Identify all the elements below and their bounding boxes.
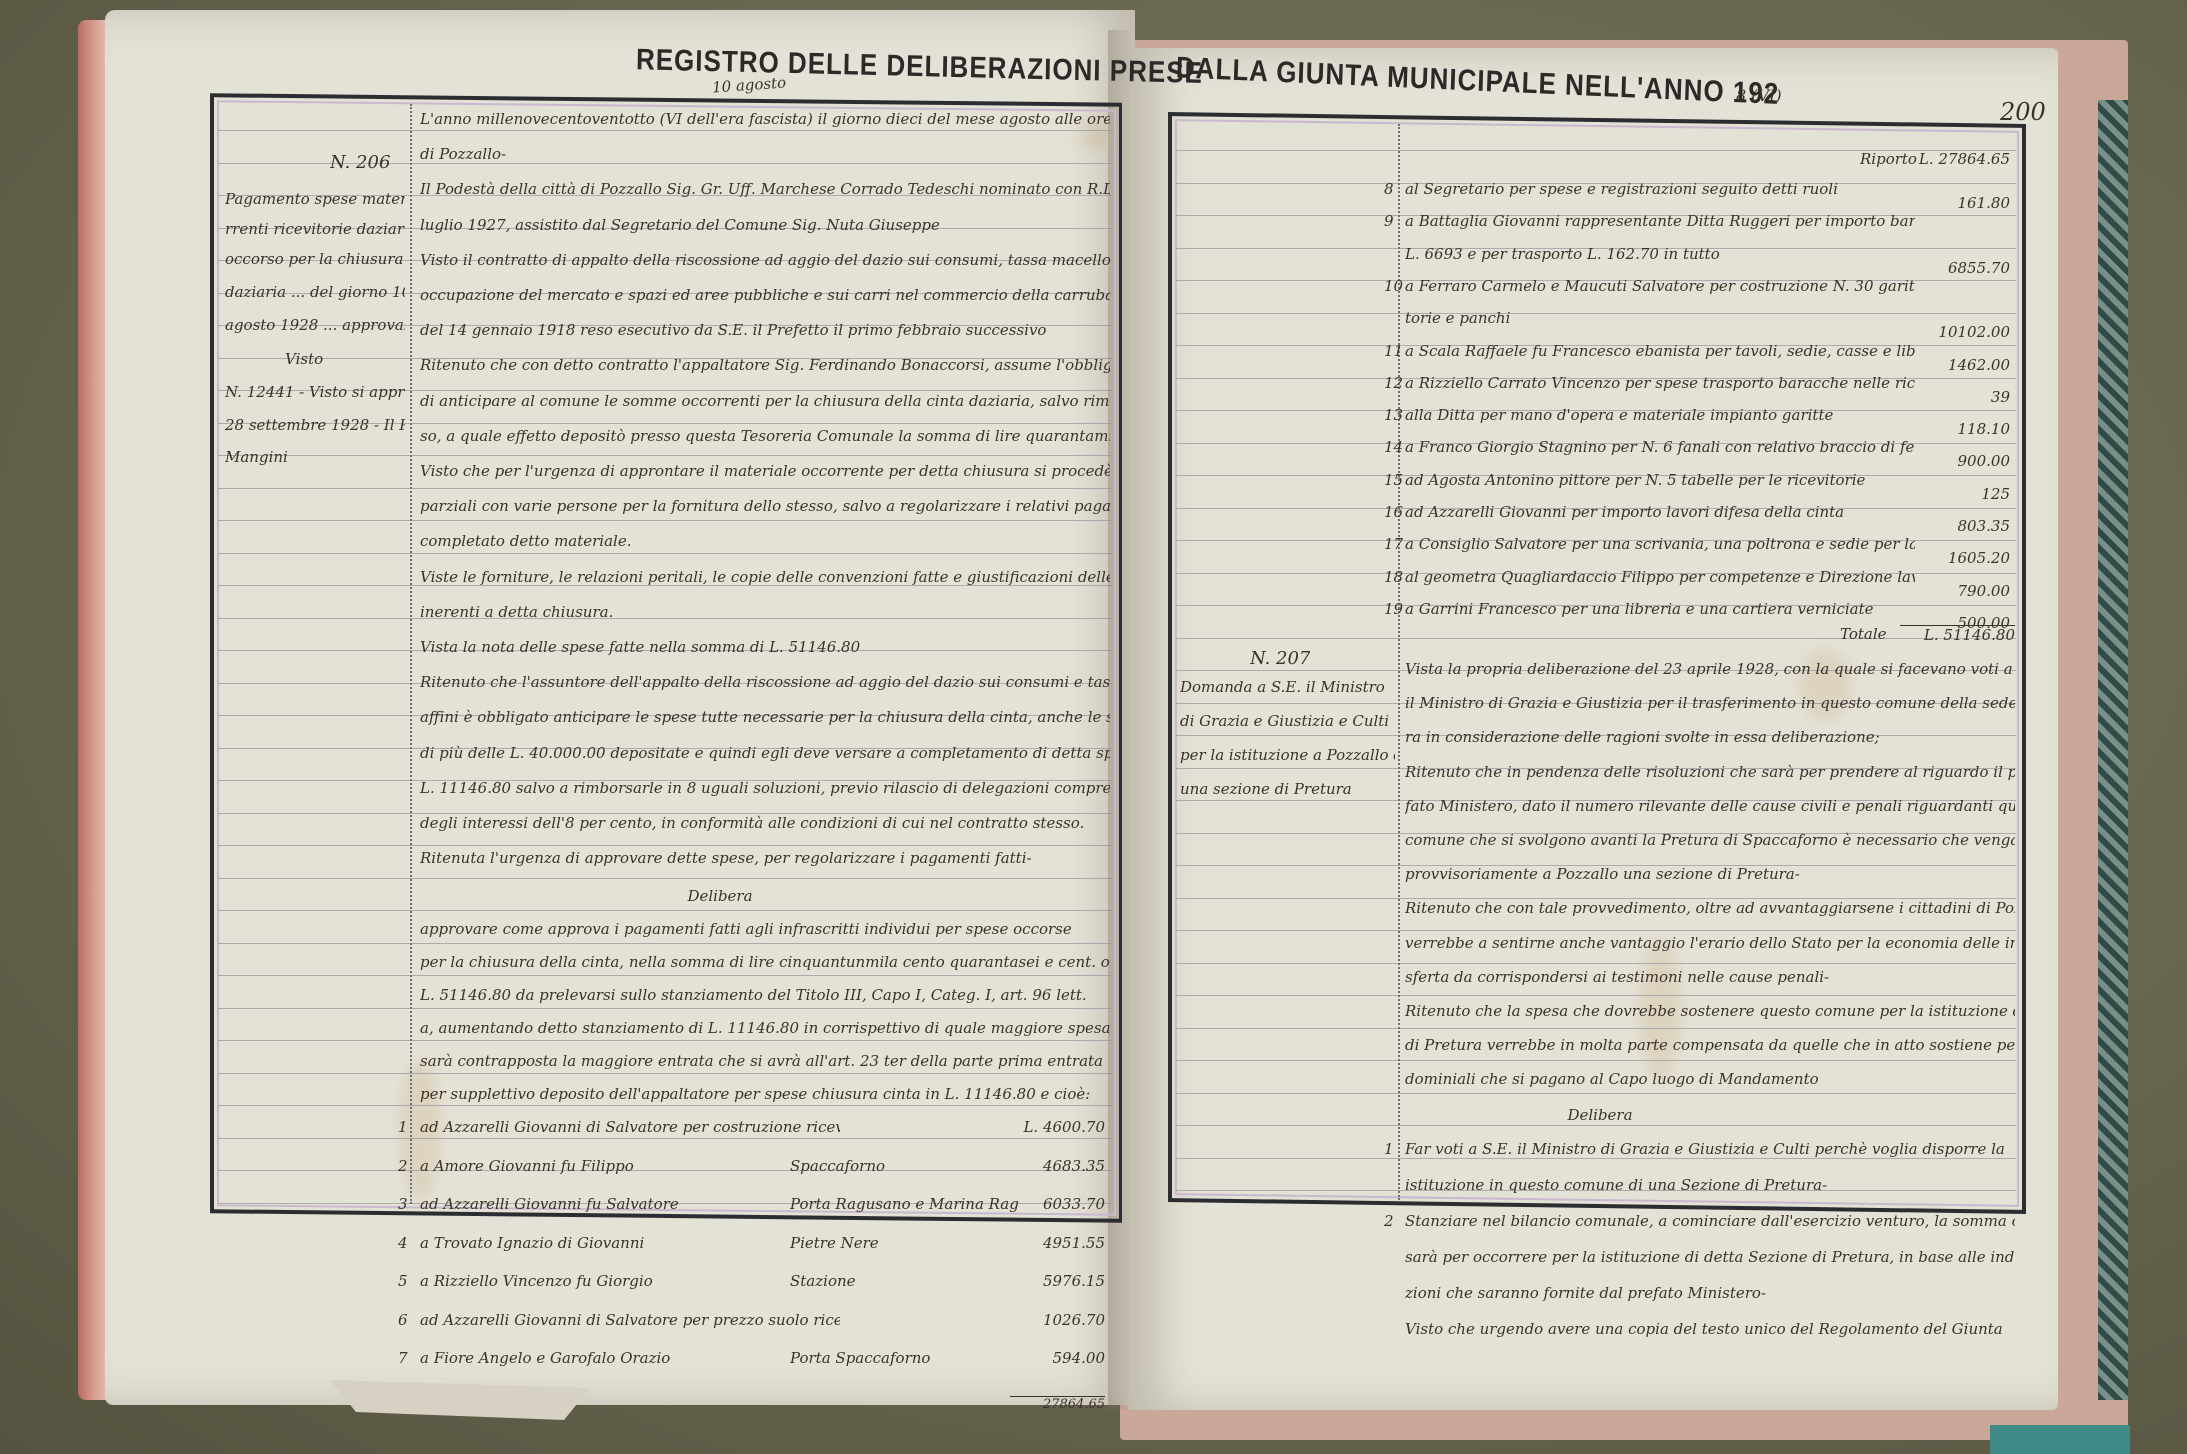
payment-payee: ad Azzarelli Giovanni di Salvatore per p… — [420, 1311, 840, 1329]
payment-place: Stazione — [790, 1272, 1020, 1290]
ruled-line — [218, 1008, 1113, 1009]
payment-place: Porta Ragusano e Marina Ragusano — [790, 1195, 1020, 1213]
payment-amount: 803.35 — [1915, 517, 2010, 535]
ruled-line — [1176, 1060, 2016, 1061]
payment-description: a Rizziello Carrato Vincenzo per spese t… — [1405, 374, 1915, 392]
payment-description: al Segretario per spese e registrazioni … — [1405, 180, 1915, 198]
body-line: L'anno millenovecentoventotto (VI dell'e… — [420, 110, 1110, 128]
approval-line: Mangini — [225, 448, 405, 466]
payment-amount: 39 — [1915, 388, 2010, 406]
payment-amount: 118.10 — [1915, 420, 2010, 438]
payment-number: 2 — [398, 1157, 410, 1175]
left-subtotal: 27864.65 — [1010, 1396, 1105, 1412]
year-suffix: 8 (VI) — [1736, 86, 1782, 105]
body-line: sferta da corrispondersi ai testimoni ne… — [1405, 968, 2015, 986]
delibera-heading-left: Delibera — [620, 887, 820, 905]
entry-207-summary: una sezione di Pretura — [1180, 780, 1395, 798]
ruled-line — [1176, 638, 2016, 639]
payment-description: a Consiglio Salvatore per una scrivania,… — [1405, 535, 1915, 553]
payment-number: 12 — [1384, 374, 1398, 392]
ruled-line — [1176, 1028, 2016, 1029]
body-line: verrebbe a sentirne anche vantaggio l'er… — [1405, 934, 2015, 952]
body-line: Il Podestà della città di Pozzallo Sig. … — [420, 180, 1110, 198]
body-line: parziali con varie persone per la fornit… — [420, 497, 1110, 515]
payment-number: 19 — [1384, 600, 1398, 618]
payment-amount: 1026.70 — [1005, 1311, 1105, 1329]
resolution-number: 1 — [1384, 1140, 1398, 1158]
body-line: Vista la propria deliberazione del 23 ap… — [1405, 660, 2015, 678]
payment-amount: 790.00 — [1915, 582, 2010, 600]
cover-corner — [1990, 1425, 2130, 1454]
left-column-divider — [410, 104, 412, 1204]
ruled-line — [1176, 963, 2016, 964]
resolution-line: a, aumentando detto stanziamento di L. 1… — [420, 1019, 1110, 1037]
entry-207-summary: per la istituzione a Pozzallo di — [1180, 746, 1395, 764]
resolution-line: Far voti a S.E. il Ministro di Grazia e … — [1405, 1140, 2015, 1158]
payment-description: L. 6693 e per trasporto L. 162.70 in tut… — [1405, 245, 1915, 263]
payment-description: al geometra Quagliardaccio Filippo per c… — [1405, 568, 1915, 586]
body-line: comune che si svolgono avanti la Pretura… — [1405, 831, 2015, 849]
body-line: Visto che per l'urgenza di approntare il… — [420, 462, 1110, 480]
resolution-number: 2 — [1384, 1212, 1398, 1230]
margin-summary-line: Pagamento spese materiali occo- — [225, 190, 405, 208]
payment-payee: ad Azzarelli Giovanni fu Salvatore — [420, 1195, 840, 1213]
payment-amount: 4951.55 — [1005, 1234, 1105, 1252]
payment-amount: 6855.70 — [1915, 259, 2010, 277]
payment-payee: a Fiore Angelo e Garofalo Orazio — [420, 1349, 840, 1367]
body-line: Ritenuto che l'assuntore dell'appalto de… — [420, 673, 1110, 691]
body-line: di più delle L. 40.000.00 depositate e q… — [420, 744, 1110, 762]
body-line: di Pretura verrebbe in molta parte compe… — [1405, 1036, 2015, 1054]
payment-amount: 6033.70 — [1005, 1195, 1105, 1213]
body-line: ra in considerazione delle ragioni svolt… — [1405, 728, 2015, 746]
payment-number: 10 — [1384, 277, 1398, 295]
payment-number: 5 — [398, 1272, 410, 1290]
payment-description: torie e panchi — [1405, 309, 1915, 327]
payment-payee: ad Azzarelli Giovanni di Salvatore per c… — [420, 1118, 840, 1136]
payment-number: 14 — [1384, 438, 1398, 456]
resolution-line: sarà contrapposta la maggiore entrata ch… — [420, 1052, 1110, 1070]
resolution-line: zioni che saranno fornite dal prefato Mi… — [1405, 1284, 2015, 1302]
ruled-line — [1176, 995, 2016, 996]
ruled-line — [218, 553, 1113, 554]
body-line: di Pozzallo- — [420, 145, 1110, 163]
visto-mark: Visto — [285, 350, 323, 368]
payment-number: 13 — [1384, 406, 1398, 424]
ruled-line — [218, 1105, 1113, 1106]
ruled-line — [218, 1138, 1113, 1139]
ruled-line — [218, 878, 1113, 879]
approval-line: N. 12441 - Visto si approva - Ragusa — [225, 383, 405, 401]
approval-line: 28 settembre 1928 - Il Prefetto — [225, 416, 405, 434]
margin-summary-line: rrenti ricevitorie daziarie ed altro — [225, 220, 405, 238]
payment-place: Porta Spaccaforno — [790, 1349, 1020, 1367]
payment-amount: 594.00 — [1005, 1349, 1105, 1367]
resolution-line: sarà per occorrere per la istituzione di… — [1405, 1248, 2015, 1266]
resolution-line: per supplettivo deposito dell'appaltator… — [420, 1085, 1110, 1103]
ruled-line — [218, 1040, 1113, 1041]
margin-summary-line: daziaria ... del giorno 10 — [225, 283, 405, 301]
payment-number: 16 — [1384, 503, 1398, 521]
delibera-heading-right: Delibera — [1500, 1106, 1700, 1124]
payment-amount: 10102.00 — [1915, 323, 2010, 341]
payment-payee: a Amore Giovanni fu Filippo — [420, 1157, 840, 1175]
payment-payee: a Trovato Ignazio di Giovanni — [420, 1234, 840, 1252]
payment-number: 15 — [1384, 471, 1398, 489]
payment-description: a Franco Giorgio Stagnino per N. 6 fanal… — [1405, 438, 1915, 456]
payment-amount: 1462.00 — [1915, 356, 2010, 374]
entry-207-summary: Domanda a S.E. il Ministro — [1180, 678, 1395, 696]
body-line: Viste le forniture, le relazioni perital… — [420, 568, 1110, 586]
payment-number: 11 — [1384, 342, 1398, 360]
total-label: Totale — [1840, 625, 1887, 643]
payment-amount: 161.80 — [1915, 194, 2010, 212]
payment-number: 9 — [1384, 212, 1398, 230]
payment-amount: L. 4600.70 — [1005, 1118, 1105, 1136]
resolution-line: istituzione in questo comune di una Sezi… — [1405, 1176, 2015, 1194]
body-line: affini è obbligato anticipare le spese t… — [420, 708, 1110, 726]
payment-payee: a Rizziello Vincenzo fu Giorgio — [420, 1272, 840, 1290]
ruled-line — [218, 943, 1113, 944]
total-amount: L. 51146.80 — [1900, 625, 2015, 644]
payment-description: a Garrini Francesco per una libreria e u… — [1405, 600, 1915, 618]
body-line: Ritenuto che con detto contratto l'appal… — [420, 356, 1110, 374]
body-line: Vista la nota delle spese fatte nella so… — [420, 638, 1110, 656]
ruled-line — [1176, 930, 2016, 931]
payment-number: 1 — [398, 1118, 410, 1136]
ruled-line — [218, 845, 1113, 846]
resolution-line: Visto che urgendo avere una copia del te… — [1405, 1320, 2015, 1338]
body-line: occupazione del mercato e spazi ed aree … — [420, 286, 1110, 304]
resolution-line: approvare come approva i pagamenti fatti… — [420, 920, 1110, 938]
carried-forward-label: Riporto — [1860, 150, 1917, 168]
ruled-line — [1176, 898, 2016, 899]
body-line: luglio 1927, assistito dal Segretario de… — [420, 216, 1110, 234]
payment-amount: 125 — [1915, 485, 2010, 503]
body-line: provvisoriamente a Pozzallo una sezione … — [1405, 865, 2015, 883]
entry-207-summary: di Grazia e Giustizia e Culti — [1180, 712, 1395, 730]
body-line: degli interessi dell'8 per cento, in con… — [420, 814, 1110, 832]
ruled-line — [1176, 1093, 2016, 1094]
payment-description: a Ferraro Carmelo e Maucuti Salvatore pe… — [1405, 277, 1915, 295]
payment-place: Pietre Nere — [790, 1234, 1020, 1252]
payment-place: Spaccaforno — [790, 1157, 1020, 1175]
payment-amount: 1605.20 — [1915, 549, 2010, 567]
body-line: il Ministro di Grazia e Giustizia per il… — [1405, 694, 2015, 712]
resolution-line: Stanziare nel bilancio comunale, a comin… — [1405, 1212, 2015, 1230]
resolution-line: per la chiusura della cinta, nella somma… — [420, 953, 1110, 971]
payment-description: a Battaglia Giovanni rappresentante Ditt… — [1405, 212, 1915, 230]
payment-amount: 900.00 — [1915, 452, 2010, 470]
payment-number: 17 — [1384, 535, 1398, 553]
carried-forward-amount: L. 27864.65 — [1910, 150, 2010, 168]
body-line: completato detto materiale. — [420, 532, 1110, 550]
marbled-cloth-edge — [2098, 100, 2128, 1400]
body-line: del 14 gennaio 1918 reso esecutivo da S.… — [420, 321, 1110, 339]
payment-number: 4 — [398, 1234, 410, 1252]
ruled-line — [218, 488, 1113, 489]
payment-amount: 4683.35 — [1005, 1157, 1105, 1175]
entry-number-206: N. 206 — [330, 152, 390, 173]
payment-number: 18 — [1384, 568, 1398, 586]
body-line: Ritenuto che con tale provvedimento, olt… — [1405, 899, 2015, 917]
margin-summary-line: agosto 1928 ... approvazione — [225, 316, 405, 334]
payment-number: 8 — [1384, 180, 1398, 198]
payment-number: 6 — [398, 1311, 410, 1329]
payment-description: alla Ditta per mano d'opera e materiale … — [1405, 406, 1915, 424]
ruled-line — [218, 520, 1113, 521]
payment-description: ad Agosta Antonino pittore per N. 5 tabe… — [1405, 471, 1915, 489]
body-line: dominiali che si pagano al Capo luogo di… — [1405, 1070, 2015, 1088]
ruled-line — [218, 910, 1113, 911]
body-line: Visto il contratto di appalto della risc… — [420, 251, 1110, 269]
body-line: inerenti a detta chiusura. — [420, 603, 1110, 621]
payment-number: 7 — [398, 1349, 410, 1367]
ruled-line — [218, 130, 1113, 131]
body-line: fato Ministero, dato il numero rilevante… — [1405, 797, 2015, 815]
ruled-line — [218, 1073, 1113, 1074]
payment-number: 3 — [398, 1195, 410, 1213]
ruled-line — [1176, 1125, 2016, 1126]
payment-description: a Scala Raffaele fu Francesco ebanista p… — [1405, 342, 1915, 360]
body-line: L. 11146.80 salvo a rimborsarle in 8 ugu… — [420, 779, 1110, 797]
body-line: so, a quale effetto depositò presso ques… — [420, 427, 1110, 445]
payment-description: ad Azzarelli Giovanni per importo lavori… — [1405, 503, 1915, 521]
payment-amount: 5976.15 — [1005, 1272, 1105, 1290]
body-line: di anticipare al comune le somme occorre… — [420, 392, 1110, 410]
body-line: Ritenuta l'urgenza di approvare dette sp… — [420, 849, 1110, 867]
entry-number-207: N. 207 — [1250, 648, 1310, 669]
margin-summary-line: occorso per la chiusura della cinta — [225, 250, 405, 268]
body-line: Ritenuto che la spesa che dovrebbe soste… — [1405, 1002, 2015, 1020]
resolution-line: L. 51146.80 da prelevarsi sullo stanziam… — [420, 986, 1110, 1004]
body-line: Ritenuto che in pendenza delle risoluzio… — [1405, 763, 2015, 781]
ruled-line — [218, 975, 1113, 976]
